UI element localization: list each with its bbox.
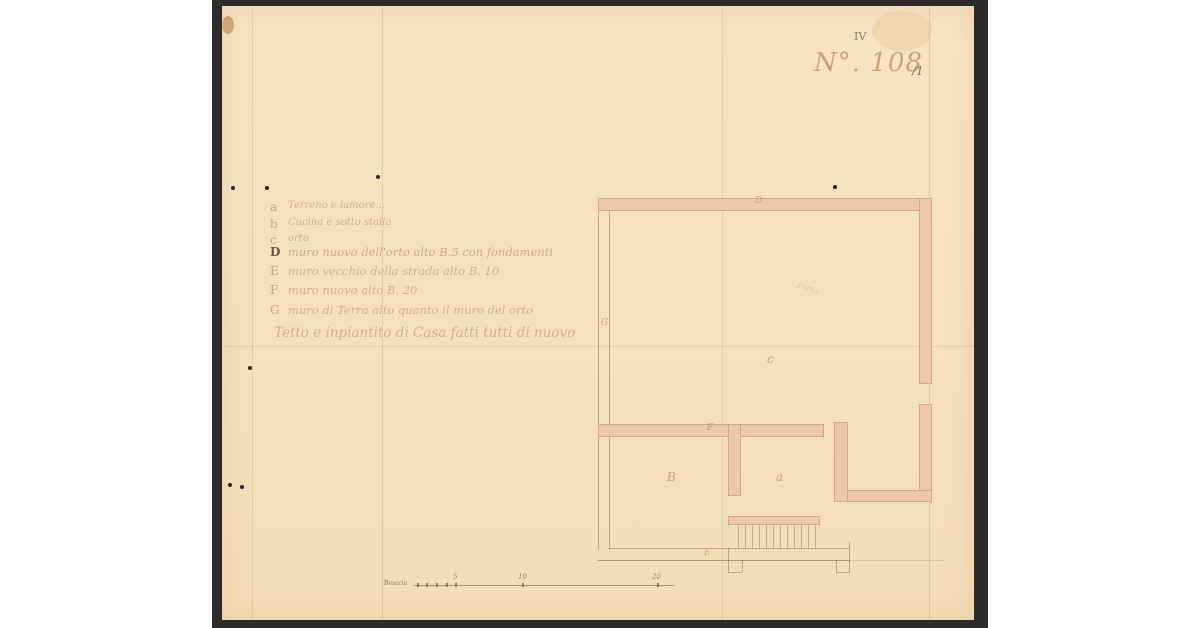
fold-line xyxy=(722,6,723,620)
legend-item: a Terreno e lamore... xyxy=(270,200,610,212)
wall-e-pier xyxy=(836,572,850,573)
pin-hole xyxy=(376,175,380,179)
legend-item: G muro di Terra alto quanto il muro del … xyxy=(270,303,610,320)
pin-hole xyxy=(265,186,269,190)
wall-e-pier xyxy=(836,560,837,572)
legend-item: D muro nuovo dell'orto alto B.5 con fond… xyxy=(270,245,610,262)
paper-stain xyxy=(222,16,234,34)
label-room-a: a xyxy=(776,470,783,484)
pin-hole xyxy=(248,366,252,370)
wall-e-top xyxy=(609,548,849,549)
label-wall-f: F xyxy=(707,423,713,433)
fold-line xyxy=(252,6,253,620)
wall-e-pier xyxy=(728,572,742,573)
wall-pier xyxy=(834,422,848,502)
scale-label-5: 5 xyxy=(453,573,457,581)
label-garden: c xyxy=(767,352,774,366)
legend-item: Tetto e inpiantito di Casa fatti tutti d… xyxy=(270,325,610,349)
wall-stair xyxy=(728,516,820,525)
label-room-b: B xyxy=(667,470,676,484)
pin-hole xyxy=(228,483,232,487)
wall-return xyxy=(846,490,932,502)
scale-label-10: 10 xyxy=(518,573,527,581)
pin-hole xyxy=(231,186,235,190)
baseline xyxy=(597,560,945,561)
wall-e-pier xyxy=(742,560,743,572)
legend-item: F muro nuovo alto B. 20 xyxy=(270,283,610,300)
label-wall-e: E xyxy=(704,548,711,558)
legend-item: c orto xyxy=(270,233,610,245)
pin-hole xyxy=(240,485,244,489)
pin-hole xyxy=(833,185,837,189)
label-wall-d: D xyxy=(755,196,762,206)
wall-right-lower xyxy=(919,404,932,502)
legend: a Terreno e lamore... b Cucina e sotto s… xyxy=(270,200,610,349)
wall-partition xyxy=(728,424,741,496)
catalog-fraction: /1 xyxy=(912,64,924,78)
scale-bar: Braccia 5 10 20 xyxy=(384,575,674,595)
label-wall-g: G xyxy=(601,318,608,328)
wall-e-pier xyxy=(849,542,850,572)
wall-right-upper xyxy=(919,198,932,384)
wall-g-outline xyxy=(598,198,599,550)
scale-line xyxy=(414,585,674,586)
catalog-number: IV N°. 108 /1 xyxy=(814,30,934,80)
catalog-superscript: IV xyxy=(854,30,866,43)
scale-label-20: 20 xyxy=(652,573,661,581)
catalog-number-text: N°. 108 xyxy=(814,48,923,78)
wall-g-inner xyxy=(609,210,610,550)
wall-d xyxy=(598,198,932,211)
legend-item: b Cucina e sotto stalla xyxy=(270,217,610,229)
legend-item: E muro vecchio della strada alto B. 10 xyxy=(270,264,610,281)
scale-unit: Braccia xyxy=(384,580,407,587)
